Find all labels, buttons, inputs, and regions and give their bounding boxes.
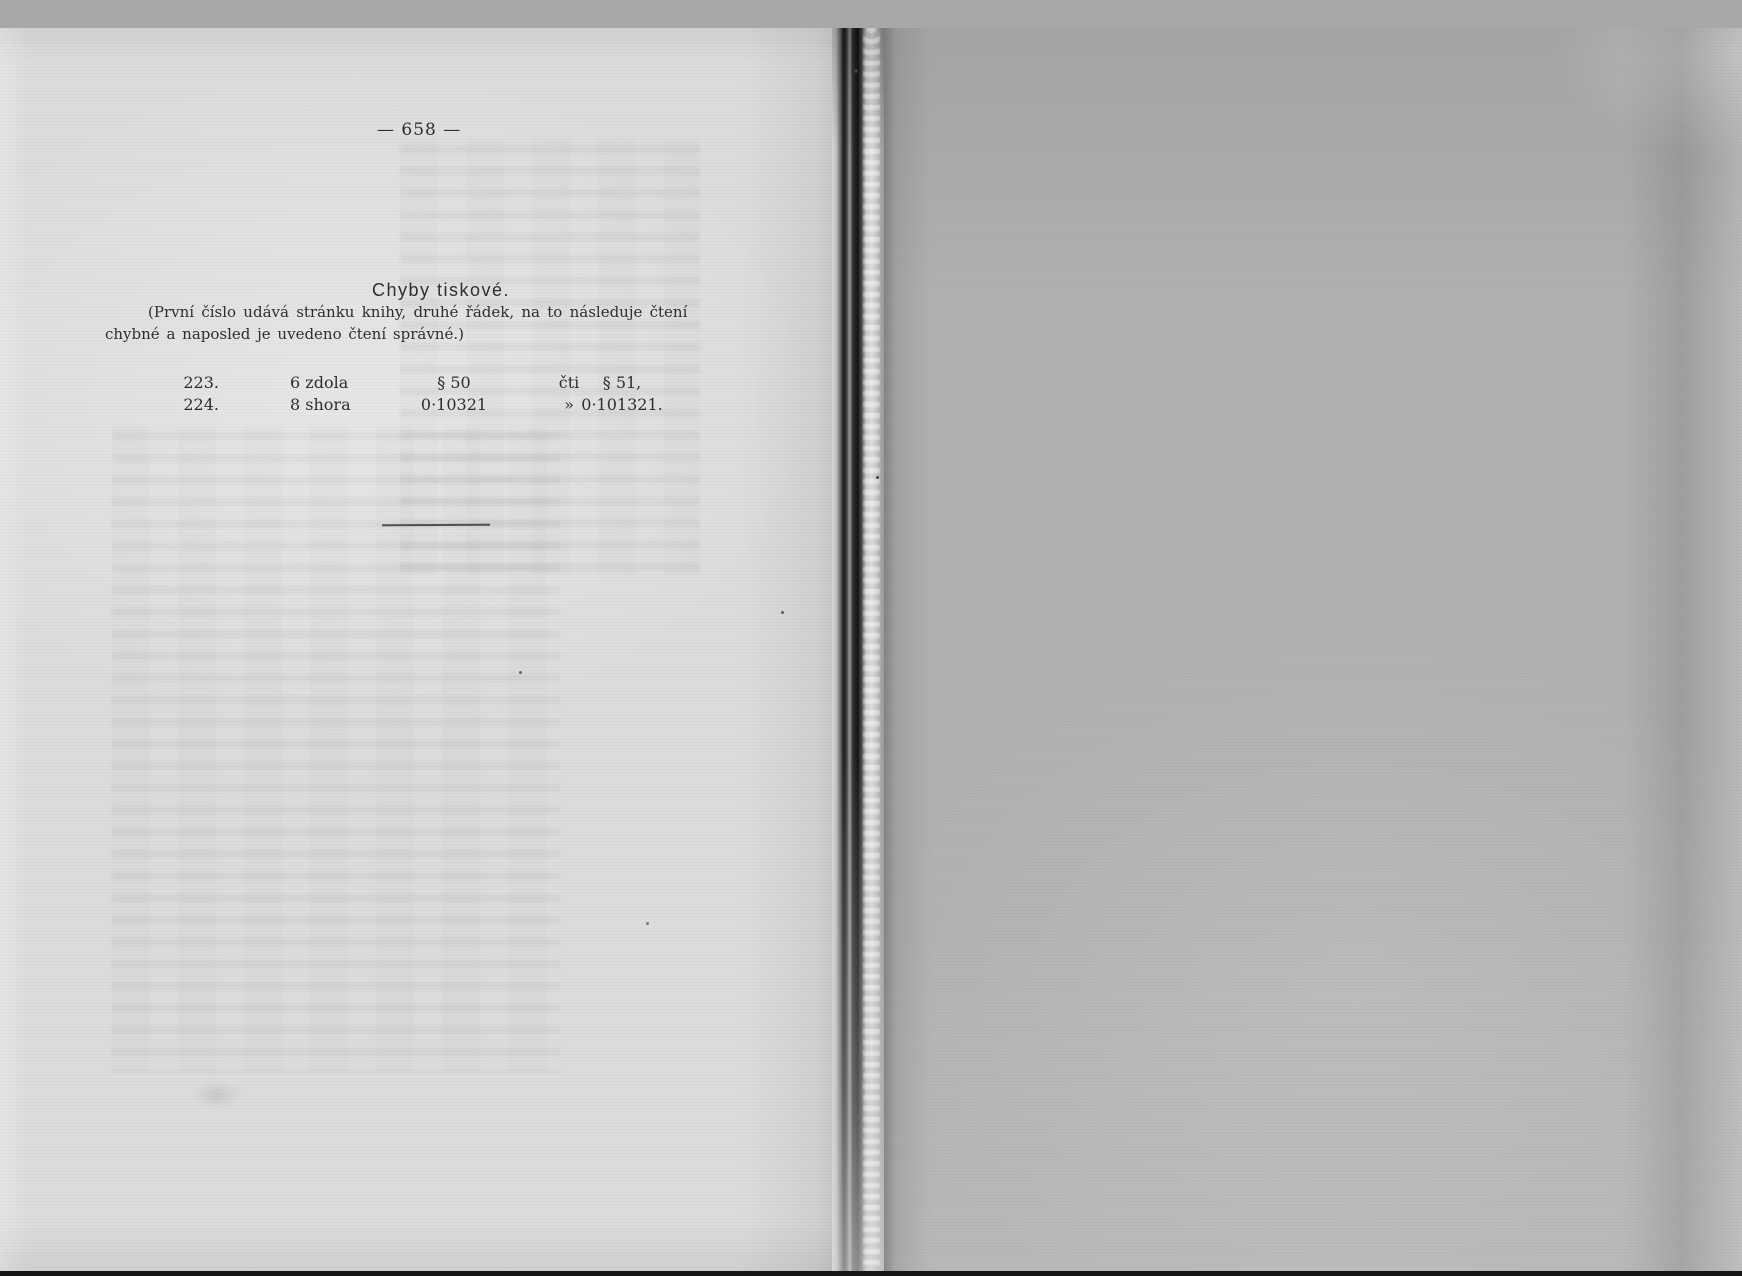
errata-corrected-reading: 0·101321. — [576, 395, 668, 414]
page-number: — 658 — — [377, 120, 461, 140]
book-spine-fold — [832, 28, 884, 1271]
dust-speck — [854, 69, 858, 73]
smudge-mark — [192, 1080, 242, 1110]
scan-edge-bottom — [0, 1271, 1742, 1276]
errata-corrected-reading: § 51, — [576, 373, 668, 392]
errata-row: 223. 6 zdola § 50 čti § 51, — [0, 373, 760, 395]
dust-speck — [876, 476, 879, 479]
dust-speck — [781, 611, 784, 614]
book-scan: — 658 — Chyby tiskové. (První číslo udáv… — [0, 0, 1742, 1276]
dust-speck — [519, 671, 522, 674]
dust-speck — [646, 922, 649, 925]
left-page: — 658 — Chyby tiskové. (První číslo udáv… — [0, 28, 840, 1271]
intro-paragraph: (První číslo udává stránku knihy, druhé … — [105, 301, 705, 345]
bleedthrough-texture-left-column — [112, 425, 560, 1073]
intro-line-2: chybné a naposled je uvedeno čtení správ… — [105, 323, 705, 345]
section-heading: Chyby tiskové. — [372, 280, 510, 301]
torn-paper-edge — [863, 28, 880, 1271]
scanner-background-strip-top — [0, 0, 1742, 28]
errata-book-line: 6 zdola — [290, 373, 348, 392]
errata-row: 224. 8 shora 0·10321 » 0·101321. — [0, 395, 760, 417]
errata-book-page: 223. — [183, 373, 219, 392]
errata-book-line: 8 shora — [290, 395, 351, 414]
errata-erroneous-reading: § 50 — [400, 373, 508, 392]
errata-erroneous-reading: 0·10321 — [400, 395, 508, 414]
intro-line-1: (První číslo udává stránku knihy, druhé … — [105, 301, 705, 323]
right-page-blank — [884, 28, 1742, 1271]
errata-book-page: 224. — [183, 395, 219, 414]
